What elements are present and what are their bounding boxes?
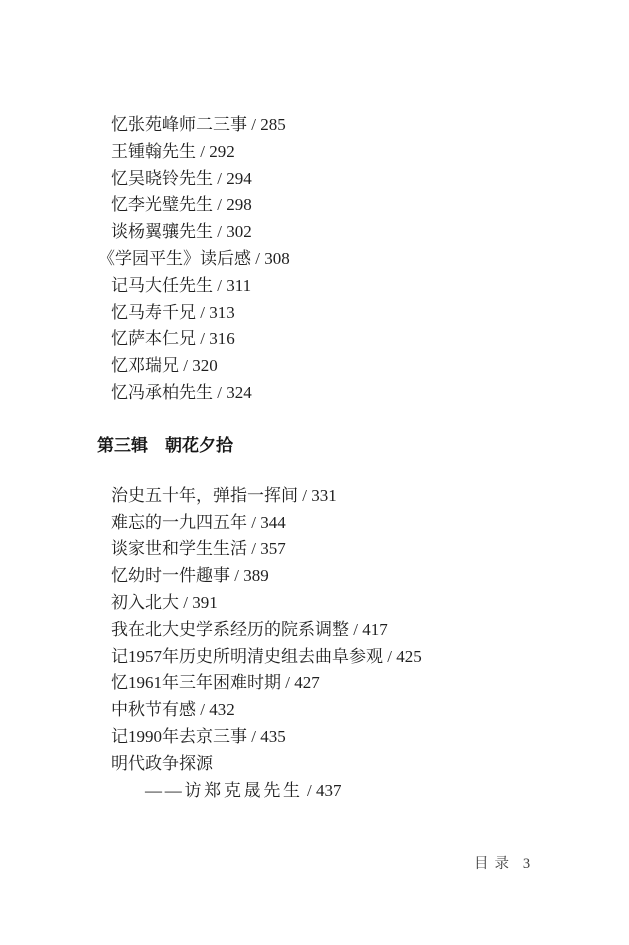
entry-title: 记1990年去京三事 — [111, 727, 247, 746]
entry-page-number: 391 — [192, 593, 218, 612]
entry-page-number: 302 — [226, 222, 252, 241]
entry-separator: / — [383, 647, 396, 666]
entry-title: 治史五十年，弹指一挥间 — [111, 486, 298, 505]
entry-page-number: 425 — [396, 647, 422, 666]
entry-title: 初入北大 — [111, 593, 179, 612]
entry-title: 《学园平生》读后感 — [98, 249, 251, 268]
toc-entry: 忆1961年三年困难时期 / 427 — [0, 670, 629, 697]
entry-title: 明代政争探源 — [111, 754, 213, 773]
toc-entry: 记马大任先生 / 311 — [0, 273, 629, 300]
entry-page-number: 389 — [243, 566, 269, 585]
footer-page-number: 3 — [523, 856, 530, 872]
entry-separator: / — [251, 249, 264, 268]
toc-entry: 忆李光璧先生 / 298 — [0, 192, 629, 219]
entry-page-number: 437 — [316, 781, 342, 800]
toc-entry: 《学园平生》读后感 / 308 — [0, 246, 629, 273]
footer-running-title: 目录 — [474, 856, 515, 872]
entry-title: 记马大任先生 — [111, 276, 213, 295]
entry-page-number: 320 — [192, 356, 218, 375]
entry-title: 忆邓瑞兄 — [111, 356, 179, 375]
entry-page-number: 357 — [260, 539, 286, 558]
entry-title: 我在北大史学系经历的院系调整 — [111, 620, 349, 639]
toc-entry: 忆马寿千兄 / 313 — [0, 300, 629, 327]
entry-title: 忆萨本仁兄 — [111, 329, 196, 348]
entry-separator: / — [213, 383, 226, 402]
entry-title: 王锺翰先生 — [111, 142, 196, 161]
entry-page-number: 427 — [294, 673, 320, 692]
entry-separator: / — [179, 356, 192, 375]
entry-separator: / — [298, 486, 311, 505]
toc-entry: 中秋节有感 / 432 — [0, 697, 629, 724]
entry-separator: / — [196, 303, 209, 322]
entry-separator: / — [230, 566, 243, 585]
toc-entry: 难忘的一九四五年 / 344 — [0, 510, 629, 537]
entry-page-number: 285 — [260, 115, 286, 134]
entry-title: 忆幼时一件趣事 — [111, 566, 230, 585]
entry-title: ——访郑克晟先生 — [145, 781, 303, 800]
toc-entry: 我在北大史学系经历的院系调整 / 417 — [0, 617, 629, 644]
entry-title: 忆吴晓铃先生 — [111, 169, 213, 188]
toc-entry: 谈家世和学生生活 / 357 — [0, 536, 629, 563]
entry-page-number: 344 — [260, 513, 286, 532]
entry-page-number: 311 — [226, 276, 251, 295]
entry-separator: / — [196, 142, 209, 161]
toc-entry: 忆张苑峰师二三事 / 285 — [0, 112, 629, 139]
entry-page-number: 298 — [226, 195, 252, 214]
entry-title: 忆张苑峰师二三事 — [111, 115, 247, 134]
toc-entry: 谈杨翼骧先生 / 302 — [0, 219, 629, 246]
entry-list: 忆张苑峰师二三事 / 285王锺翰先生 / 292忆吴晓铃先生 / 294忆李光… — [0, 112, 629, 407]
toc-entry: 治史五十年，弹指一挥间 / 331 — [0, 483, 629, 510]
entry-list: 治史五十年，弹指一挥间 / 331难忘的一九四五年 / 344谈家世和学生生活 … — [0, 483, 629, 805]
entry-separator: / — [213, 169, 226, 188]
toc-entry: 忆邓瑞兄 / 320 — [0, 353, 629, 380]
toc-entry: 记1990年去京三事 / 435 — [0, 724, 629, 751]
entry-title: 记1957年历史所明清史组去曲阜参观 — [111, 647, 383, 666]
entry-separator: / — [213, 276, 226, 295]
toc-entry: 记1957年历史所明清史组去曲阜参观 / 425 — [0, 644, 629, 671]
entry-separator: / — [196, 329, 209, 348]
entry-title: 忆李光璧先生 — [111, 195, 213, 214]
entry-separator: / — [213, 195, 226, 214]
entry-separator: / — [213, 222, 226, 241]
entry-separator: / — [247, 115, 260, 134]
entry-separator: / — [247, 727, 260, 746]
entry-separator: / — [247, 539, 260, 558]
entry-page-number: 308 — [264, 249, 290, 268]
toc-entry: 初入北大 / 391 — [0, 590, 629, 617]
toc-entry: 忆幼时一件趣事 / 389 — [0, 563, 629, 590]
toc-entry: ——访郑克晟先生 / 437 — [0, 778, 629, 805]
toc-entry: 忆吴晓铃先生 / 294 — [0, 166, 629, 193]
entry-title: 忆马寿千兄 — [111, 303, 196, 322]
entry-separator: / — [179, 593, 192, 612]
toc-content: 忆张苑峰师二三事 / 285王锺翰先生 / 292忆吴晓铃先生 / 294忆李光… — [0, 112, 629, 804]
entry-title: 难忘的一九四五年 — [111, 513, 247, 532]
toc-entry: 忆萨本仁兄 / 316 — [0, 326, 629, 353]
entry-page-number: 292 — [209, 142, 235, 161]
toc-page: 忆张苑峰师二三事 / 285王锺翰先生 / 292忆吴晓铃先生 / 294忆李光… — [0, 0, 629, 945]
entry-title: 谈杨翼骧先生 — [111, 222, 213, 241]
page-footer: 目录3 — [474, 852, 530, 873]
toc-entry: 明代政争探源 — [0, 751, 629, 778]
entry-separator: / — [349, 620, 362, 639]
entry-separator: / — [247, 513, 260, 532]
entry-separator: / — [303, 781, 316, 800]
section-heading: 第三辑 朝花夕拾 — [0, 432, 629, 459]
entry-title: 谈家世和学生生活 — [111, 539, 247, 558]
entry-page-number: 417 — [362, 620, 388, 639]
entry-title: 忆1961年三年困难时期 — [111, 673, 281, 692]
entry-page-number: 316 — [209, 329, 235, 348]
entry-separator: / — [281, 673, 294, 692]
entry-page-number: 432 — [209, 700, 235, 719]
entry-page-number: 331 — [311, 486, 337, 505]
toc-entry: 忆冯承柏先生 / 324 — [0, 380, 629, 407]
entry-page-number: 313 — [209, 303, 235, 322]
toc-entry: 王锺翰先生 / 292 — [0, 139, 629, 166]
entry-page-number: 324 — [226, 383, 252, 402]
entry-title: 忆冯承柏先生 — [111, 383, 213, 402]
entry-page-number: 435 — [260, 727, 286, 746]
entry-page-number: 294 — [226, 169, 252, 188]
entry-title: 中秋节有感 — [111, 700, 196, 719]
entry-separator: / — [196, 700, 209, 719]
